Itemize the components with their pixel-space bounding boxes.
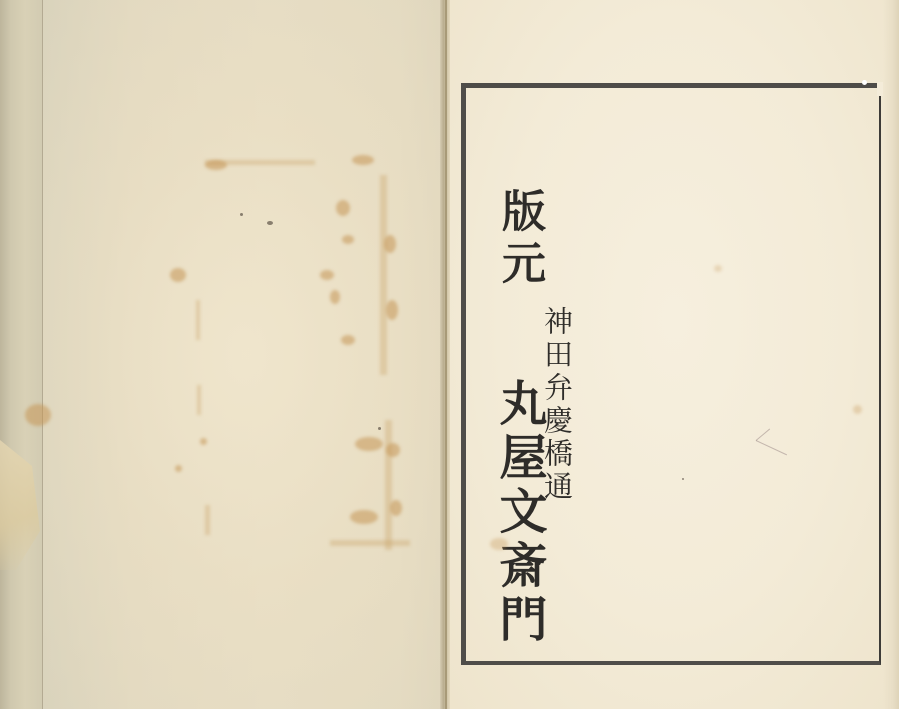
fold-line	[445, 0, 447, 709]
speck	[267, 221, 273, 225]
stain	[350, 510, 378, 524]
stain	[330, 290, 340, 304]
stain-line	[385, 420, 392, 550]
stain	[175, 465, 182, 472]
stain	[853, 405, 862, 414]
stain	[342, 235, 354, 244]
speck	[682, 478, 684, 480]
right-page: 版元 神田弁慶橋通 丸屋文斎門	[450, 0, 899, 709]
stain	[386, 300, 398, 320]
stain	[341, 335, 355, 345]
stain	[200, 438, 207, 445]
publisher-label: 版元	[495, 188, 543, 292]
stain-line	[380, 175, 387, 375]
stain	[386, 443, 400, 457]
stain-line	[197, 385, 201, 415]
stain	[352, 155, 374, 165]
publisher-name: 丸屋文斎門	[494, 378, 544, 648]
stain	[205, 160, 227, 170]
book-spread: 二十一 版元 神田弁慶橋通 丸屋文斎門	[0, 0, 899, 709]
speck	[862, 80, 867, 85]
stain	[384, 235, 396, 253]
stain	[390, 500, 402, 516]
stain	[320, 270, 334, 280]
stain-line	[196, 300, 200, 340]
stain	[25, 404, 51, 426]
stain	[170, 268, 186, 282]
stain-line	[330, 540, 410, 546]
speck	[378, 427, 381, 430]
left-page	[0, 0, 444, 709]
stain-line	[205, 505, 210, 535]
page-edge	[883, 0, 899, 709]
stain	[714, 265, 722, 272]
paper-flap	[0, 0, 43, 709]
stain	[336, 200, 350, 216]
speck	[240, 213, 243, 216]
stain	[355, 437, 383, 451]
stain	[490, 538, 508, 550]
